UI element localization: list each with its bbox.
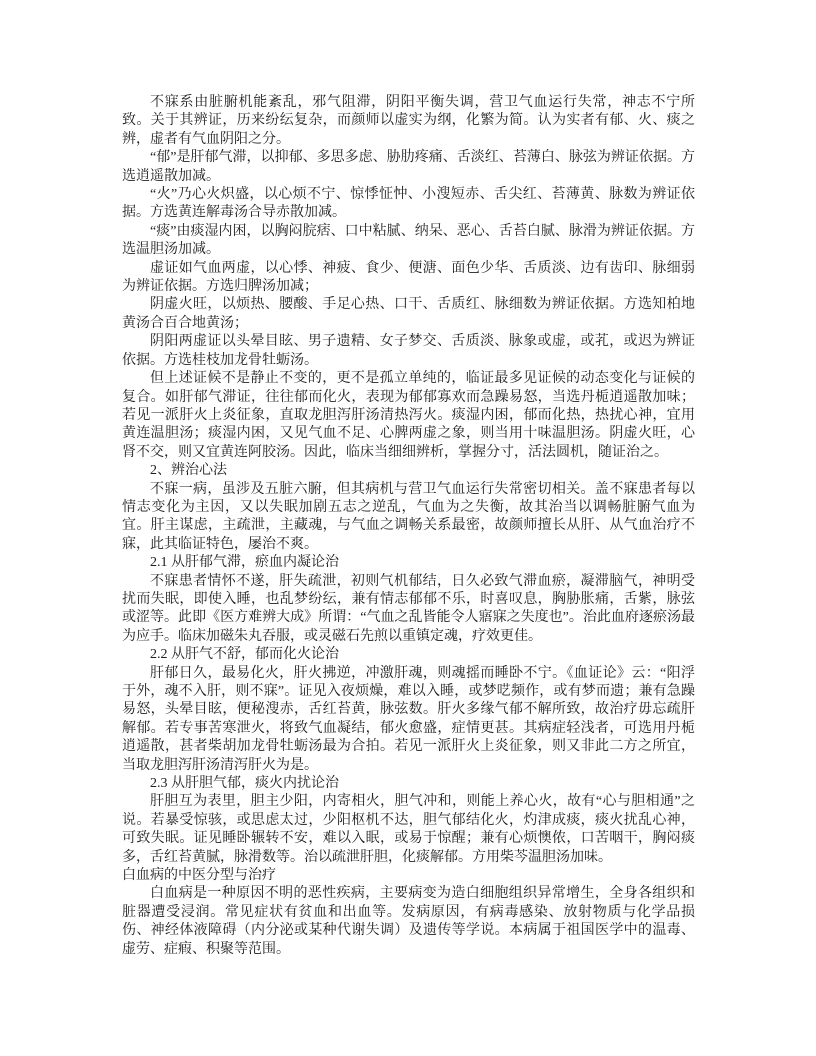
paragraph-deficiency-qixue: 虚证如气血两虚，以心悸、神疲、食少、便溏、面色少华、舌质淡、边有齿印、脉细弱为辨… bbox=[122, 260, 695, 297]
paragraph-yu-syndrome: “郁”是肝郁气滞，以抑郁、多思多虑、胁肋疼痛、舌淡红、苔薄白、脉弦为辨证依据。方… bbox=[122, 149, 695, 186]
paragraph-dynamic-syndromes: 但上述证候不是静止不变的，更不是孤立单纯的，临证最多见证候的动态变化与证候的复合… bbox=[122, 370, 695, 462]
paragraph-section-2-1-body: 不寐患者情怀不遂，肝失疏泄，初则气机郁结，日久必致气滞血瘀，凝滞脑气，神明受扰而… bbox=[122, 573, 695, 647]
paragraph-section-2-3-body: 肝胆互为表里，胆主少阳，内寄相火，胆气冲和，则能上养心火，故有“心与胆相通”之说… bbox=[122, 793, 695, 867]
heading-section-2: 2、辨治心法 bbox=[122, 462, 695, 480]
paragraph-section-2-body: 不寐一病，虽涉及五脏六腑，但其病机与营卫气血运行失常密切相关。盖不寐患者每以情志… bbox=[122, 481, 695, 555]
paragraph-leukemia-body: 白血病是一种原因不明的恶性疾病，主要病变为造白细胞组织异常增生，全身各组织和脏器… bbox=[122, 885, 695, 959]
document-body: 不寐系由脏腑机能紊乱，邪气阻滞，阴阳平衡失调，营卫气血运行失常，神志不宁所致。关… bbox=[122, 94, 695, 959]
paragraph-tan-syndrome: “痰”由痰湿内困，以胸闷脘痞、口中粘腻、纳呆、恶心、舌苔白腻、脉滑为辨证依据。方… bbox=[122, 223, 695, 260]
heading-section-2-3: 2.3 从肝胆气郁，痰火内扰论治 bbox=[122, 775, 695, 793]
heading-section-2-1: 2.1 从肝郁气滞，瘀血内凝论治 bbox=[122, 554, 695, 572]
heading-leukemia: 白血病的中医分型与治疗 bbox=[122, 867, 695, 885]
paragraph-huo-syndrome: “火”乃心火炽盛，以心烦不宁、惊悸怔忡、小溲短赤、舌尖红、苔薄黄、脉数为辨证依据… bbox=[122, 186, 695, 223]
paragraph-yinxu-huowang: 阴虚火旺，以烦热、腰酸、手足心热、口干、舌质红、脉细数为辨证依据。方选知柏地黄汤… bbox=[122, 296, 695, 333]
document-page: 不寐系由脏腑机能紊乱，邪气阻滞，阴阳平衡失调，营卫气血运行失常，神志不宁所致。关… bbox=[0, 0, 816, 1056]
paragraph-yinyang-liangxu: 阴阳两虚证以头晕目眩、男子遗精、女子梦交、舌质淡、脉象或虚，或芤，或迟为辨证依据… bbox=[122, 333, 695, 370]
paragraph-section-2-2-body: 肝郁日久，最易化火，肝火拂逆，冲激肝魂，则魂摇而睡卧不宁。《血证论》云：“阳浮于… bbox=[122, 665, 695, 775]
heading-section-2-2: 2.2 从肝气不舒，郁而化火论治 bbox=[122, 646, 695, 664]
paragraph-intro: 不寐系由脏腑机能紊乱，邪气阻滞，阴阳平衡失调，营卫气血运行失常，神志不宁所致。关… bbox=[122, 94, 695, 149]
